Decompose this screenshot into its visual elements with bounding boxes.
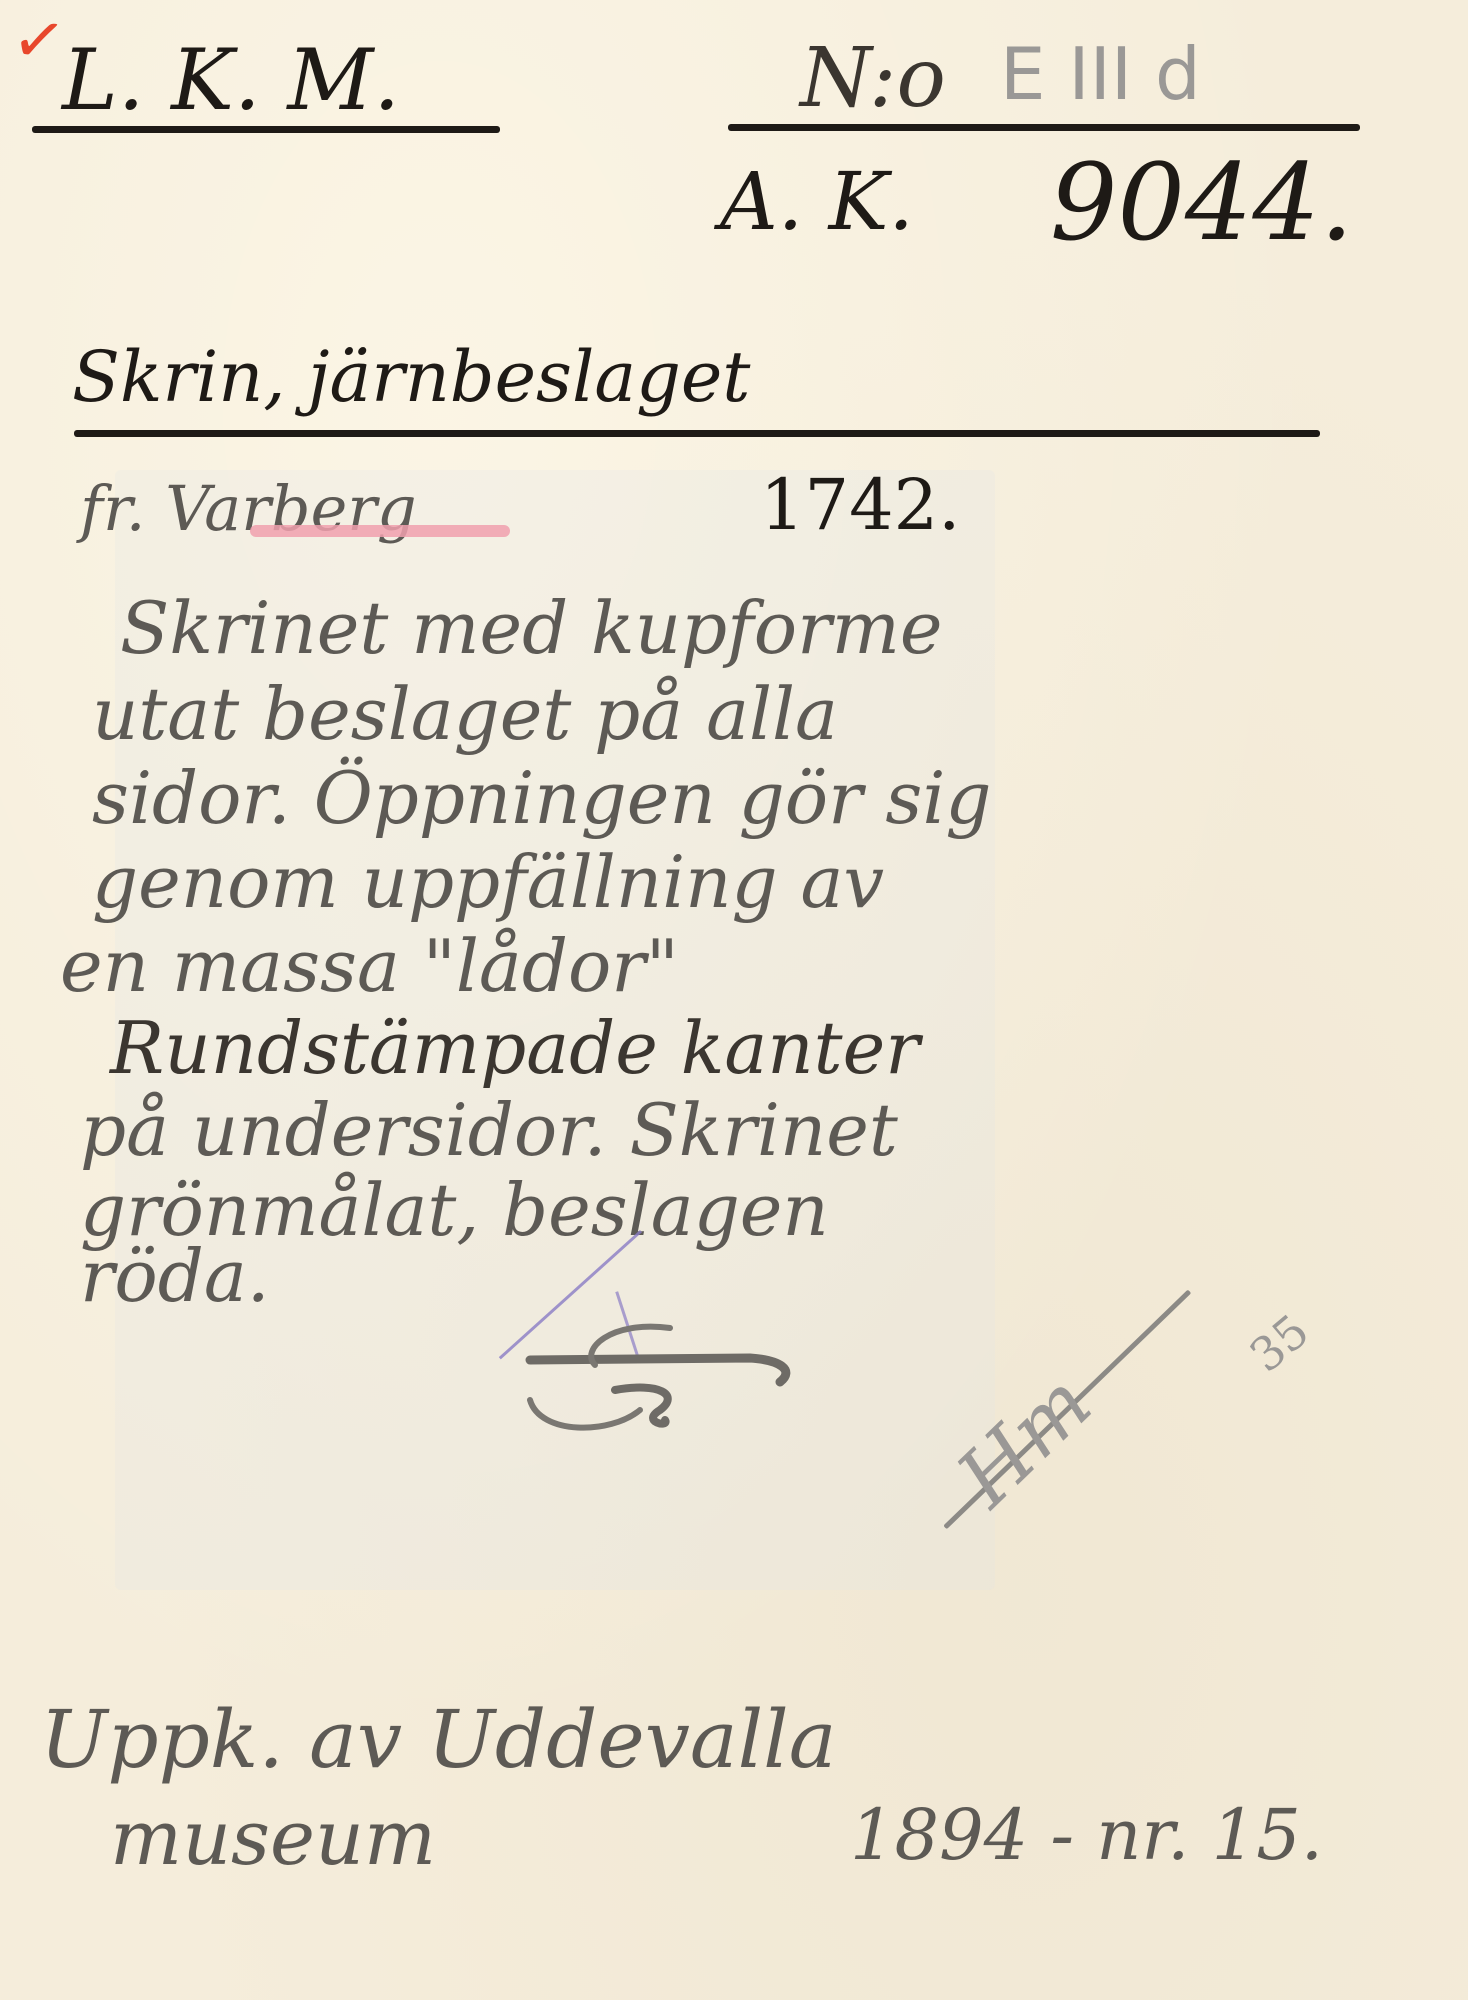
object-title: Skrin, järnbeslaget	[72, 342, 750, 412]
institution-initials: L. K. M.	[62, 38, 400, 122]
description-line: Rundstämpade kanter	[110, 1012, 920, 1084]
footer-acquisition-line: Uppk. av Uddevalla	[40, 1700, 836, 1780]
description-line: genom uppfällning av	[92, 846, 884, 918]
monogram-signature-icon	[520, 1310, 820, 1440]
footer-year-reference: 1894 - nr. 15.	[850, 1800, 1323, 1870]
catalogue-card: ✓ L. K. M. N:o E III d A. K. 9044. Skrin…	[0, 0, 1468, 2000]
pink-highlight-underline	[250, 525, 510, 537]
red-check-mark-icon: ✓	[7, 1, 70, 82]
pencil-number: 35	[1242, 1307, 1316, 1380]
description-line: på undersidor. Skrinet	[80, 1094, 898, 1166]
header-left-rule	[32, 126, 500, 133]
description-line: utat beslaget på alla	[92, 678, 838, 750]
inventory-number: 9044.	[1050, 150, 1353, 256]
description-line: sidor. Öppningen gör sig	[92, 762, 991, 834]
description-line: en massa "lådor"	[60, 930, 679, 1002]
inventory-prefix: A. K.	[720, 162, 914, 242]
classification-number: E III d	[1000, 38, 1201, 110]
origin-year: 1742.	[760, 470, 960, 540]
header-right-rule	[728, 124, 1360, 131]
number-label: N:o	[800, 38, 946, 120]
title-rule	[74, 430, 1320, 437]
description-line: Skrinet med kupforme	[120, 592, 942, 664]
footer-museum-line: museum	[110, 1800, 436, 1876]
description-line: röda.	[80, 1240, 270, 1312]
